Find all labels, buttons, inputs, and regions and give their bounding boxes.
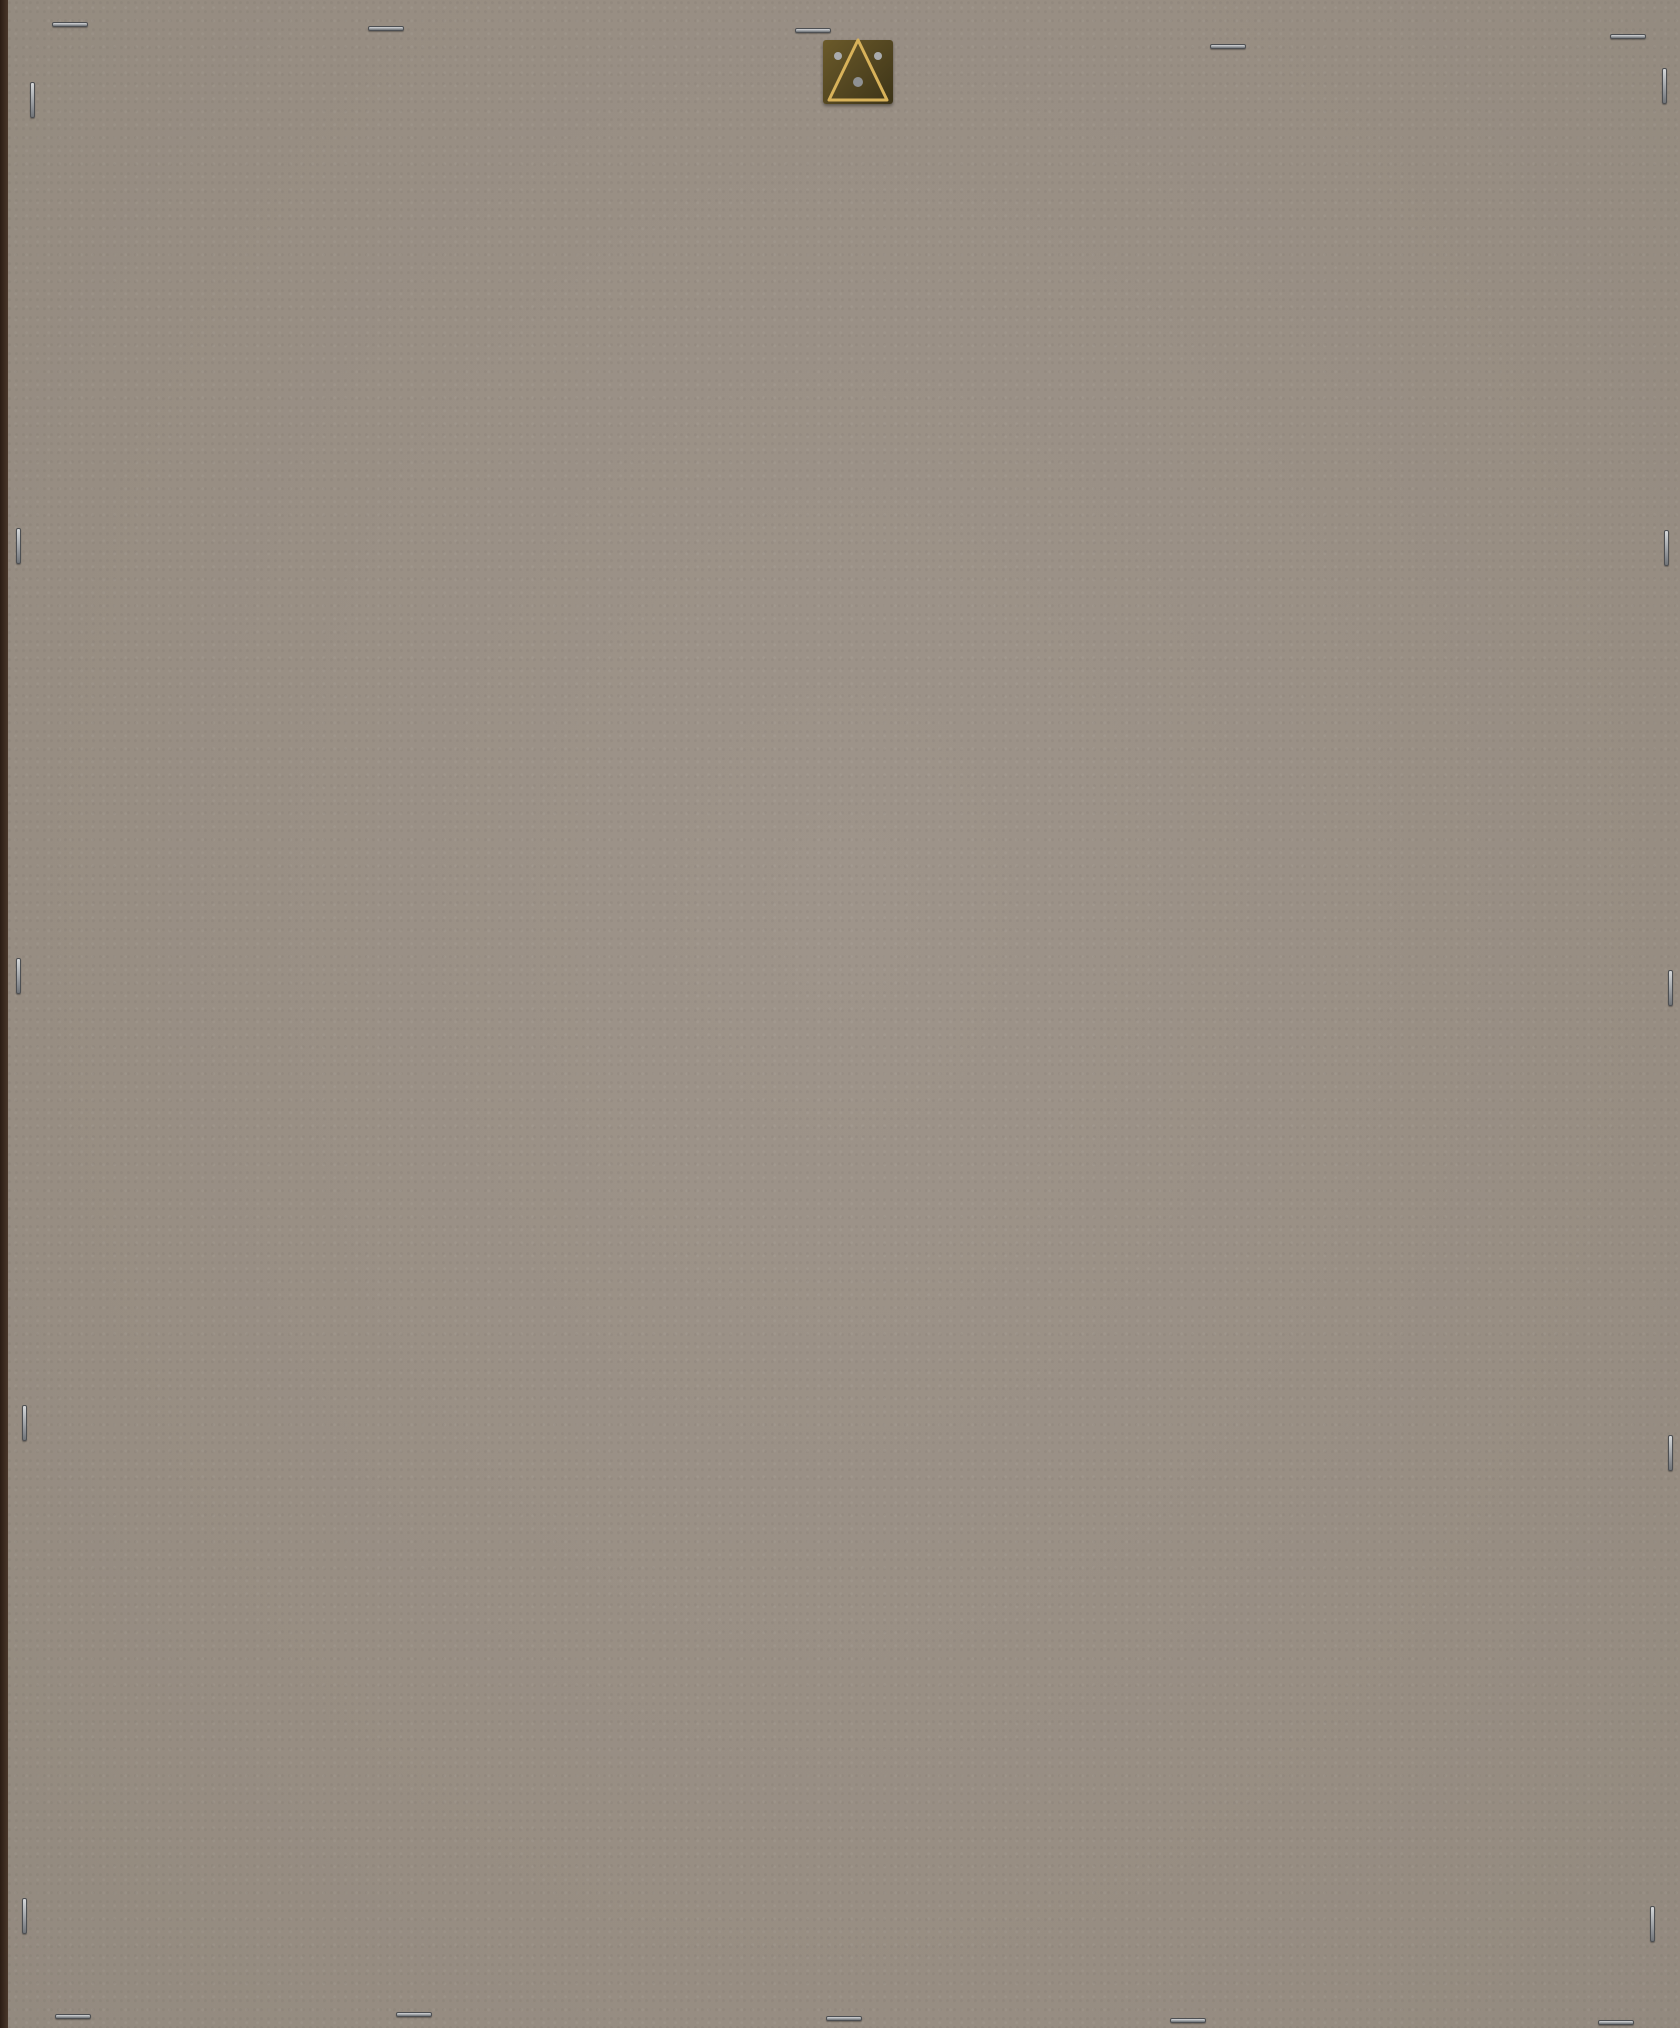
staple bbox=[22, 1898, 27, 1934]
triangle-hanger-icon bbox=[823, 36, 893, 106]
staple bbox=[826, 2016, 862, 2021]
staple bbox=[1170, 2018, 1206, 2023]
staple bbox=[1610, 34, 1646, 39]
staple bbox=[16, 958, 21, 994]
staple bbox=[16, 528, 21, 564]
frame-edge bbox=[0, 0, 8, 2028]
staple bbox=[1662, 68, 1667, 104]
staple bbox=[55, 2014, 91, 2019]
staple bbox=[368, 26, 404, 31]
staple bbox=[396, 2012, 432, 2017]
staple bbox=[1668, 970, 1673, 1006]
staple bbox=[22, 1405, 27, 1441]
staple bbox=[1598, 2020, 1634, 2025]
staple bbox=[1664, 530, 1669, 566]
staple bbox=[1668, 1435, 1673, 1471]
backing-board bbox=[8, 0, 1680, 2028]
staple bbox=[1650, 1906, 1655, 1942]
hanger-ring bbox=[823, 36, 893, 106]
staple bbox=[795, 28, 831, 33]
staple bbox=[1210, 44, 1246, 49]
staple bbox=[52, 22, 88, 27]
staple bbox=[30, 82, 35, 118]
